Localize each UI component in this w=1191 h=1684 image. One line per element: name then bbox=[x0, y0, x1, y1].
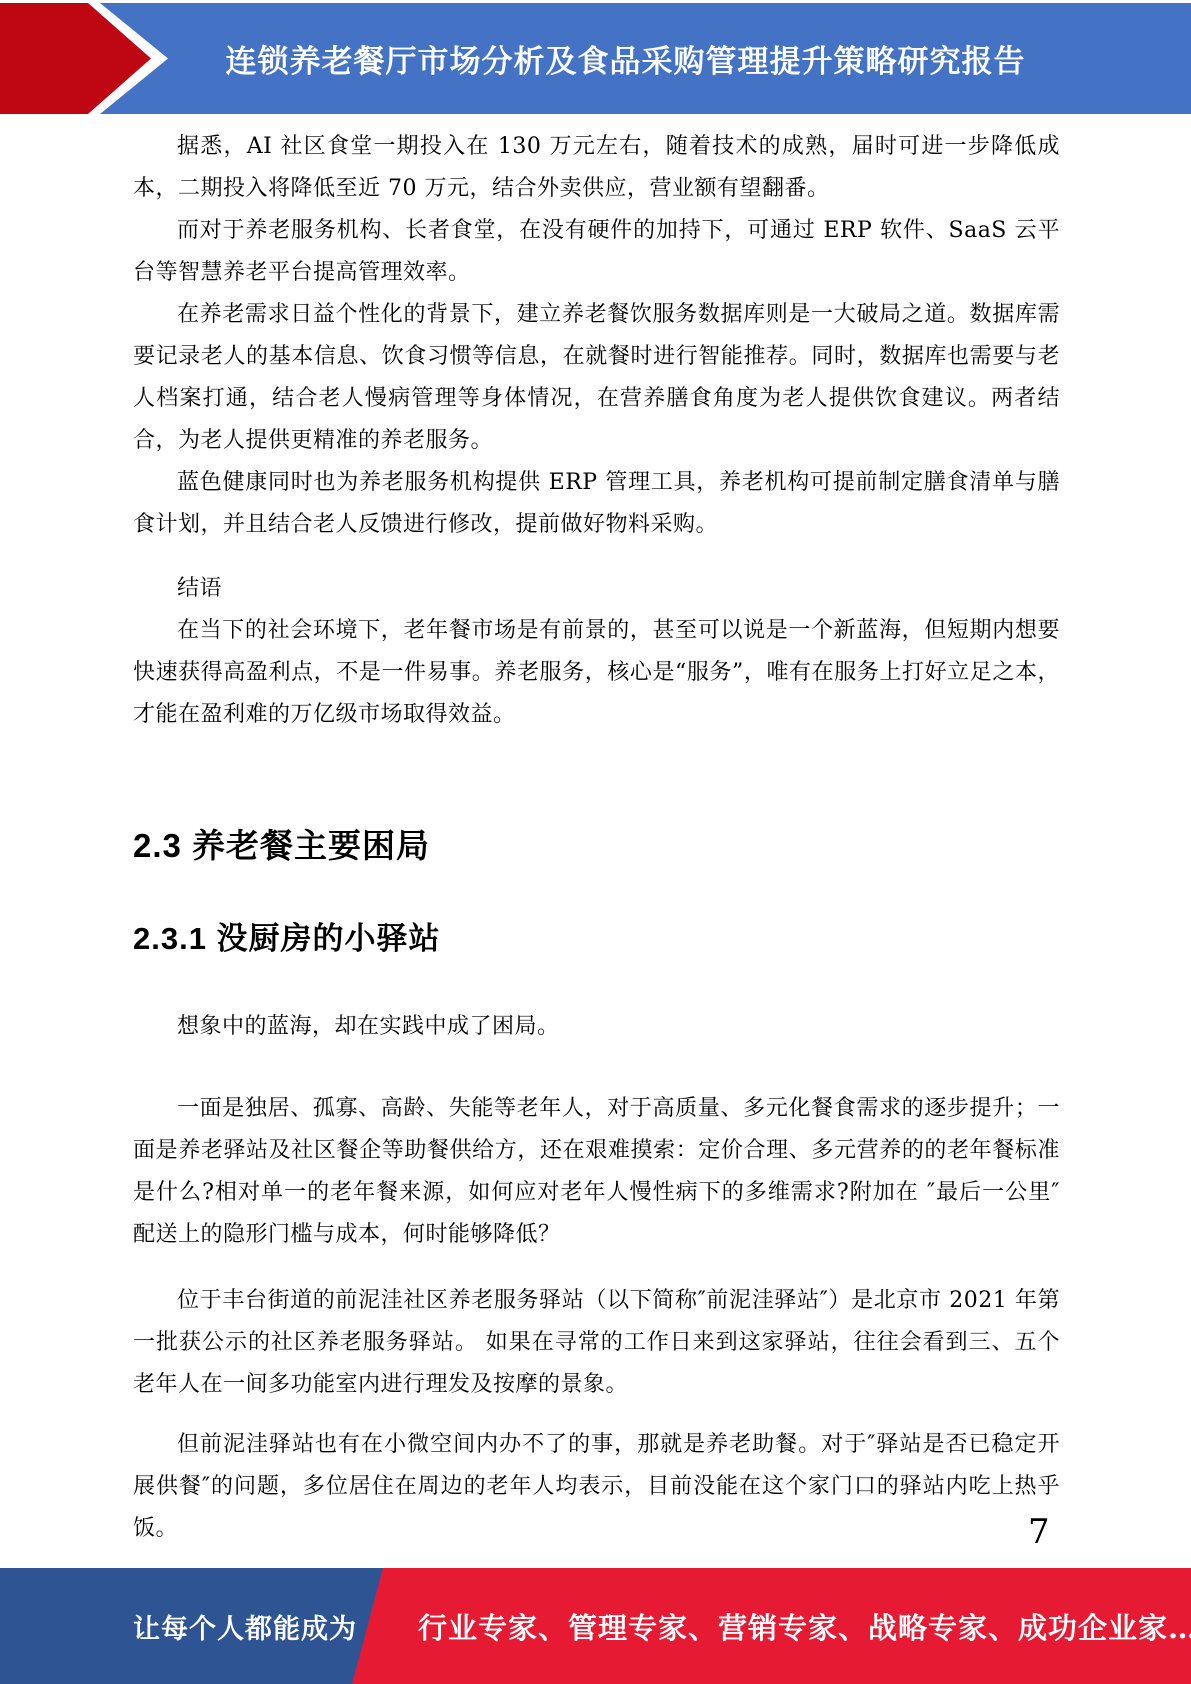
paragraph-demand-supply: 一面是独居、孤寡、高龄、失能等老年人，对于高质量、多元化餐食需求的逐步提升；一面… bbox=[133, 1088, 1060, 1256]
page-number: 7 bbox=[1028, 1512, 1050, 1552]
report-header-banner: 连锁养老餐厅市场分析及食品采购管理提升策略研究报告 bbox=[0, 3, 1191, 114]
page-footer-banner: 让每个人都能成为 行业专家、管理专家、营销专家、战略专家、成功企业家…… bbox=[0, 1568, 1191, 1684]
header-arrow-icon bbox=[0, 3, 180, 114]
footer-slogan-left: 让每个人都能成为 bbox=[133, 1568, 357, 1684]
footer-slogan-right: 行业专家、管理专家、营销专家、战略专家、成功企业家…… bbox=[418, 1568, 1171, 1684]
paragraph-conclusion: 在当下的社会环境下，老年餐市场是有前景的，甚至可以说是一个新蓝海，但短期内想要快… bbox=[133, 610, 1060, 736]
report-page: 连锁养老餐厅市场分析及食品采购管理提升策略研究报告 据悉，AI 社区食堂一期投入… bbox=[0, 0, 1191, 1684]
paragraph-blue-health: 蓝色健康同时也为养老服务机构提供 ERP 管理工具，养老机构可提前制定膳食清单与… bbox=[133, 462, 1060, 546]
report-title: 连锁养老餐厅市场分析及食品采购管理提升策略研究报告 bbox=[180, 3, 1071, 114]
paragraph-qianniwa-station: 位于丰台街道的前泥洼社区养老服务驿站（以下简称″前泥洼驿站″）是北京市 2021… bbox=[133, 1280, 1060, 1406]
conclusion-label: 结语 bbox=[133, 568, 1060, 610]
paragraph-no-meal-service: 但前泥洼驿站也有在小微空间内办不了的事，那就是养老助餐。对于″驿站是否已稳定开展… bbox=[133, 1424, 1060, 1550]
paragraph-blue-sea: 想象中的蓝海，却在实践中成了困局。 bbox=[133, 1006, 1060, 1048]
document-body: 据悉，AI 社区食堂一期投入在 130 万元左右，随着技术的成熟，届时可进一步降… bbox=[133, 114, 1060, 1626]
arrow-red-shape bbox=[0, 3, 172, 114]
paragraph-erp-saas: 而对于养老服务机构、长者食堂，在没有硬件的加持下，可通过 ERP 软件、SaaS… bbox=[133, 210, 1060, 294]
section-heading-2-3: 2.3 养老餐主要困局 bbox=[133, 820, 1060, 867]
section-heading-2-3-1: 2.3.1 没厨房的小驿站 bbox=[133, 913, 1060, 958]
paragraph-database: 在养老需求日益个性化的背景下，建立养老餐饮服务数据库则是一大破局之道。数据库需要… bbox=[133, 294, 1060, 462]
paragraph-investment: 据悉，AI 社区食堂一期投入在 130 万元左右，随着技术的成熟，届时可进一步降… bbox=[133, 126, 1060, 210]
